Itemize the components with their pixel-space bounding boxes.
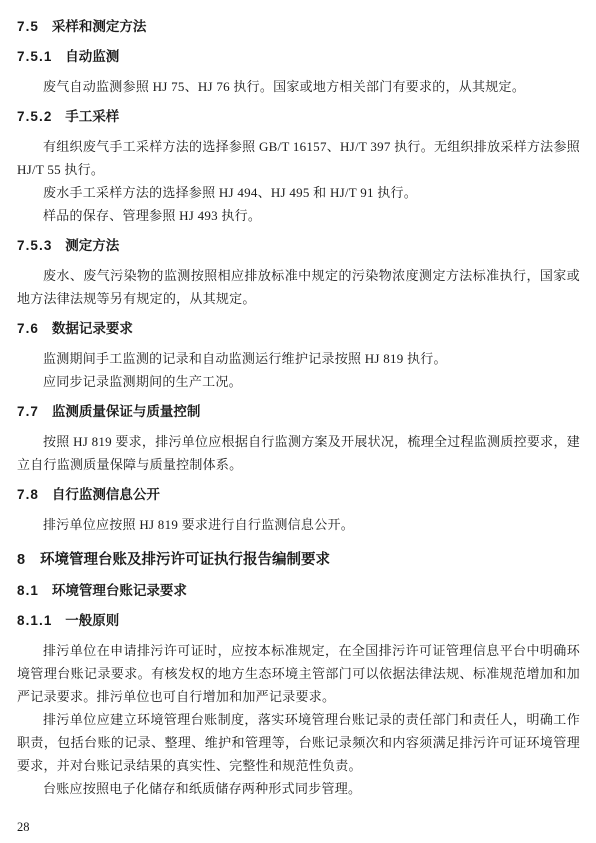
heading-text: 采样和测定方法 — [52, 19, 147, 34]
page-number: 28 — [17, 818, 30, 836]
heading-number: 7.5.3 — [17, 238, 52, 253]
paragraph: 样品的保存、管理参照 HJ 493 执行。 — [17, 204, 580, 227]
paragraph: 应同步记录监测期间的生产工况。 — [17, 370, 580, 393]
paragraph: 排污单位应按照 HJ 819 要求进行自行监测信息公开。 — [17, 513, 580, 536]
heading-text: 测定方法 — [65, 238, 119, 253]
heading-number: 8 — [17, 552, 26, 568]
section-heading-7-6: 7.6数据记录要求 — [17, 317, 580, 340]
section-heading-7-7: 7.7监测质量保证与质量控制 — [17, 400, 580, 423]
paragraph: 排污单位在申请排污许可证时，应按本标准规定，在全国排污许可证管理信息平台中明确环… — [17, 639, 580, 708]
document-page: 7.5采样和测定方法 7.5.1自动监测 废气自动监测参照 HJ 75、HJ 7… — [0, 0, 596, 843]
heading-number: 7.7 — [17, 404, 39, 419]
section-heading-7-5-3: 7.5.3测定方法 — [17, 234, 580, 257]
heading-number: 7.5.2 — [17, 109, 52, 124]
section-heading-7-8: 7.8自行监测信息公开 — [17, 483, 580, 506]
heading-text: 数据记录要求 — [52, 321, 133, 336]
heading-number: 7.8 — [17, 487, 39, 502]
paragraph: 有组织废气手工采样方法的选择参照 GB/T 16157、HJ/T 397 执行。… — [17, 135, 580, 181]
heading-text: 环境管理台账记录要求 — [52, 583, 187, 598]
heading-number: 7.5 — [17, 19, 39, 34]
heading-number: 7.6 — [17, 321, 39, 336]
heading-number: 8.1.1 — [17, 613, 52, 628]
paragraph: 废水手工采样方法的选择参照 HJ 494、HJ 495 和 HJ/T 91 执行… — [17, 181, 580, 204]
heading-text: 环境管理台账及排污许可证执行报告编制要求 — [40, 552, 330, 568]
paragraph: 废水、废气污染物的监测按照相应排放标准中规定的污染物浓度测定方法标准执行，国家或… — [17, 264, 580, 310]
section-heading-7-5-2: 7.5.2手工采样 — [17, 105, 580, 128]
heading-text: 自行监测信息公开 — [52, 487, 160, 502]
heading-text: 一般原则 — [65, 613, 119, 628]
paragraph: 台账应按照电子化储存和纸质储存两种形式同步管理。 — [17, 777, 580, 800]
paragraph: 按照 HJ 819 要求，排污单位应根据自行监测方案及开展状况，梳理全过程监测质… — [17, 430, 580, 476]
heading-text: 自动监测 — [65, 49, 119, 64]
section-heading-7-5-1: 7.5.1自动监测 — [17, 45, 580, 68]
paragraph: 排污单位应建立环境管理台账制度，落实环境管理台账记录的责任部门和责任人，明确工作… — [17, 708, 580, 777]
section-heading-7-5: 7.5采样和测定方法 — [17, 15, 580, 38]
chapter-heading-8: 8环境管理台账及排污许可证执行报告编制要求 — [17, 549, 580, 572]
heading-number: 7.5.1 — [17, 49, 52, 64]
section-heading-8-1: 8.1环境管理台账记录要求 — [17, 579, 580, 602]
heading-number: 8.1 — [17, 583, 39, 598]
heading-text: 手工采样 — [65, 109, 119, 124]
section-heading-8-1-1: 8.1.1一般原则 — [17, 609, 580, 632]
paragraph: 监测期间手工监测的记录和自动监测运行维护记录按照 HJ 819 执行。 — [17, 347, 580, 370]
heading-text: 监测质量保证与质量控制 — [52, 404, 201, 419]
paragraph: 废气自动监测参照 HJ 75、HJ 76 执行。国家或地方相关部门有要求的，从其… — [17, 75, 580, 98]
